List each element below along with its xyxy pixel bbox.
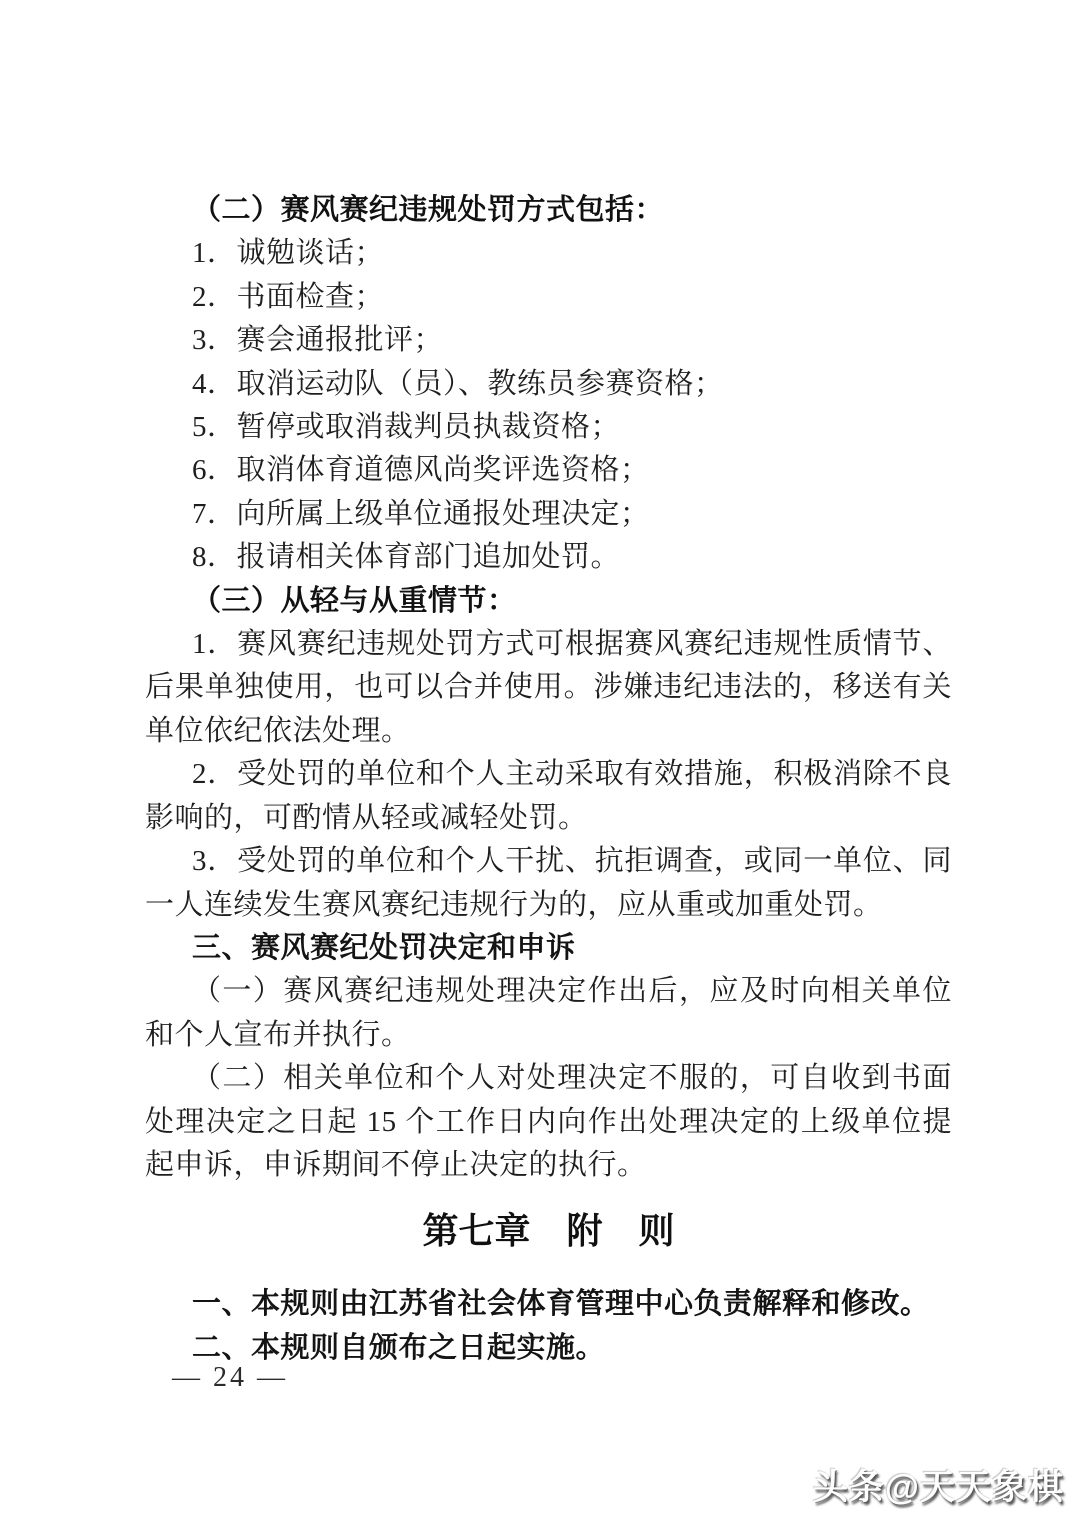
page-number: — 24 —: [172, 1362, 288, 1394]
paragraph-circumstance-3: 3．受处罚的单位和个人干扰、抗拒调查，或同一单位、同一人连续发生赛风赛纪违规行为…: [145, 840, 952, 927]
penalty-item-8: 8．报请相关体育部门追加处罚。: [145, 536, 952, 579]
appendix-rule-1: 一、本规则由江苏省社会体育管理中心负责解释和修改。: [145, 1283, 952, 1326]
paragraph-decision-1: （一）赛风赛纪违规处理决定作出后，应及时向相关单位和个人宣布并执行。: [145, 970, 952, 1057]
penalty-item-5: 5．暂停或取消裁判员执裁资格；: [145, 406, 952, 449]
penalty-item-3: 3．赛会通报批评；: [145, 319, 952, 362]
penalty-item-2: 2．书面检查；: [145, 276, 952, 319]
watermark: 头条@天天象棋: [813, 1460, 1064, 1510]
chapter-heading: 第七章 附 则: [145, 1206, 952, 1256]
document-page: （二）赛风赛纪违规处罚方式包括： 1．诚勉谈话； 2．书面检查； 3．赛会通报批…: [0, 0, 1080, 1526]
paragraph-circumstance-1: 1．赛风赛纪违规处罚方式可根据赛风赛纪违规性质情节、后果单独使用，也可以合并使用…: [145, 623, 952, 753]
penalty-item-4: 4．取消运动队（员）、教练员参赛资格；: [145, 363, 952, 406]
subsection-heading-circumstances: （三）从轻与从重情节：: [145, 580, 952, 623]
penalty-item-1: 1．诚勉谈话；: [145, 232, 952, 275]
subsection-heading-penalty-types: （二）赛风赛纪违规处罚方式包括：: [145, 189, 952, 232]
document-body: （二）赛风赛纪违规处罚方式包括： 1．诚勉谈话； 2．书面检查； 3．赛会通报批…: [145, 189, 952, 1370]
penalty-item-6: 6．取消体育道德风尚奖评选资格；: [145, 449, 952, 492]
paragraph-decision-2: （二）相关单位和个人对处理决定不服的，可自收到书面处理决定之日起 15 个工作日…: [145, 1057, 952, 1187]
penalty-item-7: 7．向所属上级单位通报处理决定；: [145, 493, 952, 536]
paragraph-circumstance-2: 2．受处罚的单位和个人主动采取有效措施，积极消除不良影响的，可酌情从轻或减轻处罚…: [145, 753, 952, 840]
section-heading-decision-appeal: 三、赛风赛纪处罚决定和申诉: [145, 927, 952, 970]
